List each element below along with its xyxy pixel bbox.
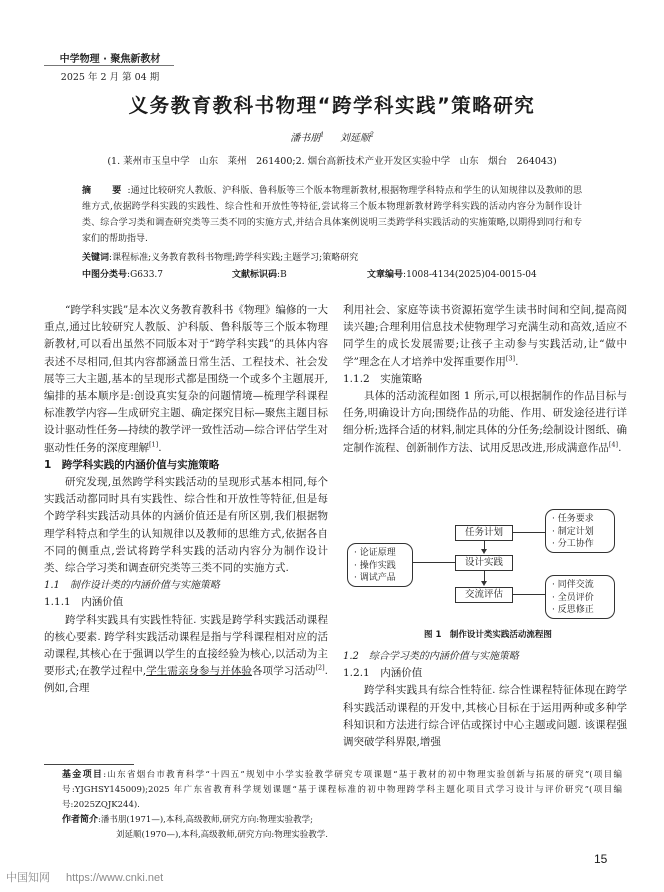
practice-notes: · 论证原理 · 操作实践 · 调试产品 (347, 543, 413, 587)
paragraph: 利用社会、家庭等读书资源拓宽学生读书时间和空间,提高阅读兴趣;合理利用信息技术使… (343, 302, 627, 371)
flow-step-practice: 设计实践 (455, 555, 513, 571)
footnotes: 基金项目:山东省烟台市教育科学“十四五”规划中小学实验教学研究专项课题“基于教材… (62, 768, 622, 843)
page-number: 15 (594, 852, 607, 866)
arrow-down-icon (481, 549, 487, 554)
keywords-text: 课程标准;义务教育教科书物理;跨学科实践;主题学习;策略研究 (112, 253, 358, 263)
keywords: 关键词:课程标准;义务教育教科书物理;跨学科实践;主题学习;策略研究 (82, 250, 582, 266)
subsection-heading: 1.1 制作设计类的内涵价值与实施策略 (44, 577, 328, 594)
footnote-divider (44, 764, 134, 765)
keywords-label: 关键词 (82, 253, 109, 263)
citation-ref[interactable]: [2] (315, 664, 324, 672)
citation-ref[interactable]: [1] (149, 440, 158, 448)
paragraph: 跨学科实践具有实践性特征. 实践是跨学科实践活动课程的核心要素. 跨学科实践活动… (44, 612, 328, 698)
figure-1-flowchart: · 任务要求 · 制定计划 · 分工协作 · 论证原理 · 操作实践 · 调试产… (343, 503, 633, 621)
abstract-label: 摘 要 (82, 186, 127, 196)
figure-caption: 图 1 制作设计类实践活动流程图 (343, 628, 633, 640)
connector (413, 562, 455, 563)
cnki-watermark: 中国知网https://www.cnki.net (6, 869, 163, 885)
subsubsection-heading: 1.1.1 内涵价值 (44, 594, 328, 611)
body-right-column-bottom: 1.2 综合学习类的内涵价值与实施策略 1.2.1 内涵价值 跨学科实践具有综合… (343, 648, 627, 751)
subsection-heading: 1.2 综合学习类的内涵价值与实施策略 (343, 648, 627, 665)
author-name: 潘书朋 (290, 133, 320, 144)
paragraph: 跨学科实践具有综合性特征. 综合性课程特征体现在跨学科实践活动课程的开发中,其核… (343, 682, 627, 751)
citation-ref[interactable]: [4] (609, 440, 618, 448)
paragraph: 具体的活动流程如图 1 所示,可以根据制作的作品目标与任务,明确设计方向;围绕作… (343, 388, 627, 457)
connector (513, 594, 545, 595)
underlined-text: 学生需亲身参与并体验 (146, 665, 252, 677)
cnki-logo-text: 中国知网 (6, 871, 50, 884)
fund-note: 基金项目:山东省烟台市教育科学“十四五”规划中小学实验教学研究专项课题“基于教材… (62, 768, 622, 813)
citation-ref[interactable]: [3] (506, 354, 515, 362)
author-affil-mark: 2 (370, 132, 374, 139)
flow-step-plan: 任务计划 (455, 525, 513, 541)
journal-name: 中学物理 · 聚焦新教材 (48, 50, 172, 65)
subsubsection-heading: 1.2.1 内涵价值 (343, 665, 627, 682)
cnki-url[interactable]: https://www.cnki.net (66, 872, 163, 884)
authors: 潘书朋1 刘延顺2 (0, 129, 664, 144)
body-right-column-top: 利用社会、家庭等读书资源拓宽学生读书时间和空间,提高阅读兴趣;合理利用信息技术使… (343, 302, 627, 457)
evaluation-notes: · 同伴交流 · 全员评价 · 反思修正 (545, 575, 615, 619)
clc-number: 中图分类号:G633.7 (82, 267, 232, 283)
author-bio: 作者简介:潘书朋(1971—),本科,高级教师,研究方向:物理实验教学; (62, 813, 622, 828)
connector (513, 532, 545, 533)
body-left-column: “跨学科实践”是本次义务教育教科书《物理》编修的一大重点,通过比较研究人教版、沪… (44, 302, 328, 698)
doc-code: 文献标识码:B (232, 267, 367, 283)
section-heading: 1 跨学科实践的内涵价值与实施策略 (44, 457, 328, 474)
paragraph: “跨学科实践”是本次义务教育教科书《物理》编修的一大重点,通过比较研究人教版、沪… (44, 302, 328, 457)
subsubsection-heading: 1.1.2 实施策略 (343, 371, 627, 388)
header-divider (44, 65, 174, 66)
affiliations: (1. 莱州市玉皇中学 山东 莱州 261400;2. 烟台高新技术产业开发区实… (0, 153, 664, 167)
abstract-text: 通过比较研究人教版、沪科版、鲁科版等三个版本物理新教材,根据物理学科特点和学生的… (82, 186, 582, 244)
author-name: 刘延顺 (340, 133, 370, 144)
flow-step-evaluate: 交流评估 (455, 587, 513, 603)
paragraph: 研究发现,虽然跨学科实践活动的呈现形式基本相同,每个实践活动都同时具有实践性、综… (44, 474, 328, 577)
plan-notes: · 任务要求 · 制定计划 · 分工协作 (545, 509, 615, 553)
author-affil-mark: 1 (320, 132, 324, 139)
abstract: 摘 要:通过比较研究人教版、沪科版、鲁科版等三个版本物理新教材,根据物理学科特点… (82, 183, 582, 247)
arrow-down-icon (481, 581, 487, 586)
article-number: 文章编号:1008-4134(2025)04-0015-04 (367, 267, 537, 283)
article-title: 义务教育教科书物理“跨学科实践”策略研究 (0, 90, 664, 118)
author-bio: 刘延顺(1970—),本科,高级教师,研究方向:物理实验教学. (62, 828, 622, 843)
article-meta: 中图分类号:G633.7 文献标识码:B 文章编号:1008-4134(2025… (82, 267, 592, 283)
journal-issue: 2025 年 2 月 第 04 期 (48, 69, 172, 83)
